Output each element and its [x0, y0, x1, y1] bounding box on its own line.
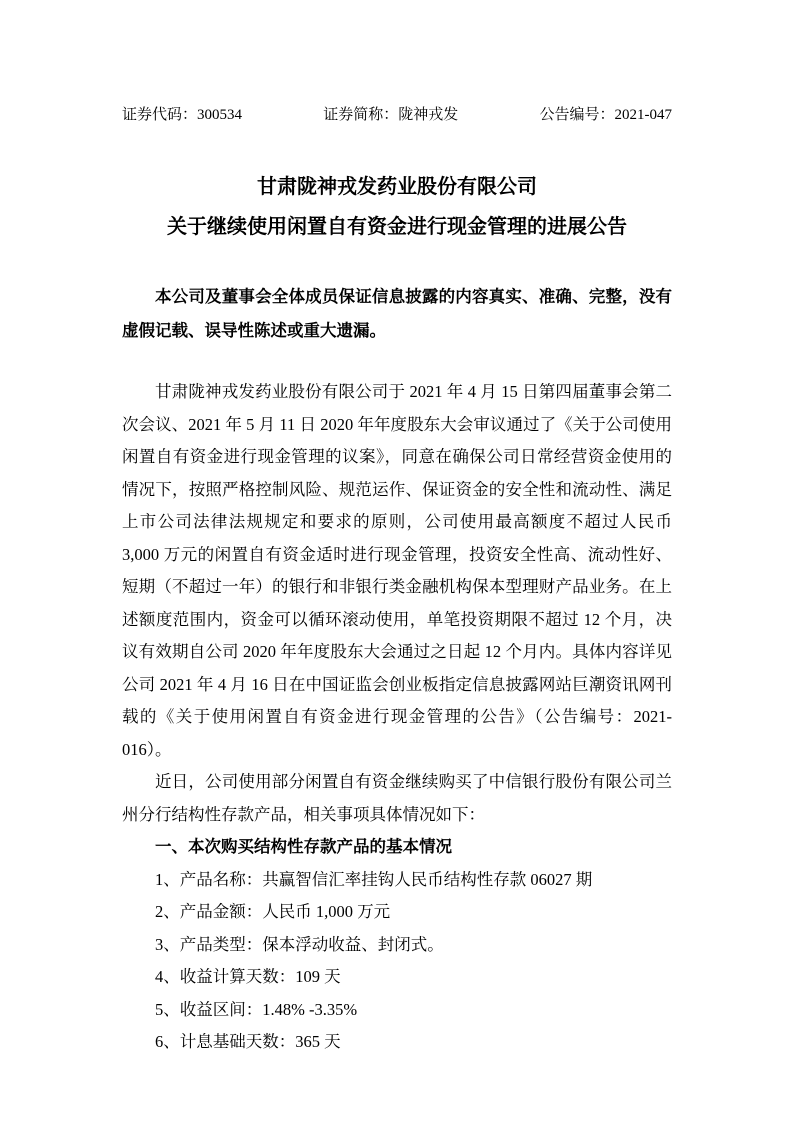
stock-short-name: 证券简称：陇神戎发	[323, 105, 458, 125]
body-paragraph-1: 甘肃陇神戎发药业股份有限公司于 2021 年 4 月 15 日第四届董事会第二次…	[122, 376, 672, 766]
stock-code: 证券代码：300534	[122, 105, 242, 125]
list-item: 5、收益区间：1.48% -3.35%	[122, 994, 672, 1027]
document-body: 甘肃陇神戎发药业股份有限公司于 2021 年 4 月 15 日第四届董事会第二次…	[122, 376, 672, 1059]
list-item: 1、产品名称：共赢智信汇率挂钩人民币结构性存款 06027 期	[122, 864, 672, 897]
list-item: 4、收益计算天数：109 天	[122, 961, 672, 994]
document-header: 证券代码：300534 证券简称：陇神戎发 公告编号：2021-047	[122, 105, 672, 125]
document-title: 甘肃陇神戎发药业股份有限公司 关于继续使用闲置自有资金进行现金管理的进展公告	[122, 167, 672, 247]
announcement-number: 公告编号：2021-047	[540, 105, 673, 125]
body-paragraph-2: 近日，公司使用部分闲置自有资金继续购买了中信银行股份有限公司兰州分行结构性存款产…	[122, 766, 672, 831]
list-item: 3、产品类型：保本浮动收益、封闭式。	[122, 929, 672, 962]
company-name-title: 甘肃陇神戎发药业股份有限公司	[122, 167, 672, 207]
announcement-subject-title: 关于继续使用闲置自有资金进行现金管理的进展公告	[122, 207, 672, 247]
section-1-heading: 一、本次购买结构性存款产品的基本情况	[122, 831, 672, 864]
board-statement: 本公司及董事会全体成员保证信息披露的内容真实、准确、完整，没有虚假记载、误导性陈…	[122, 280, 672, 348]
announcement-document: 证券代码：300534 证券简称：陇神戎发 公告编号：2021-047 甘肃陇神…	[0, 0, 793, 1122]
list-item: 6、计息基础天数：365 天	[122, 1026, 672, 1059]
list-item: 2、产品金额：人民币 1,000 万元	[122, 896, 672, 929]
